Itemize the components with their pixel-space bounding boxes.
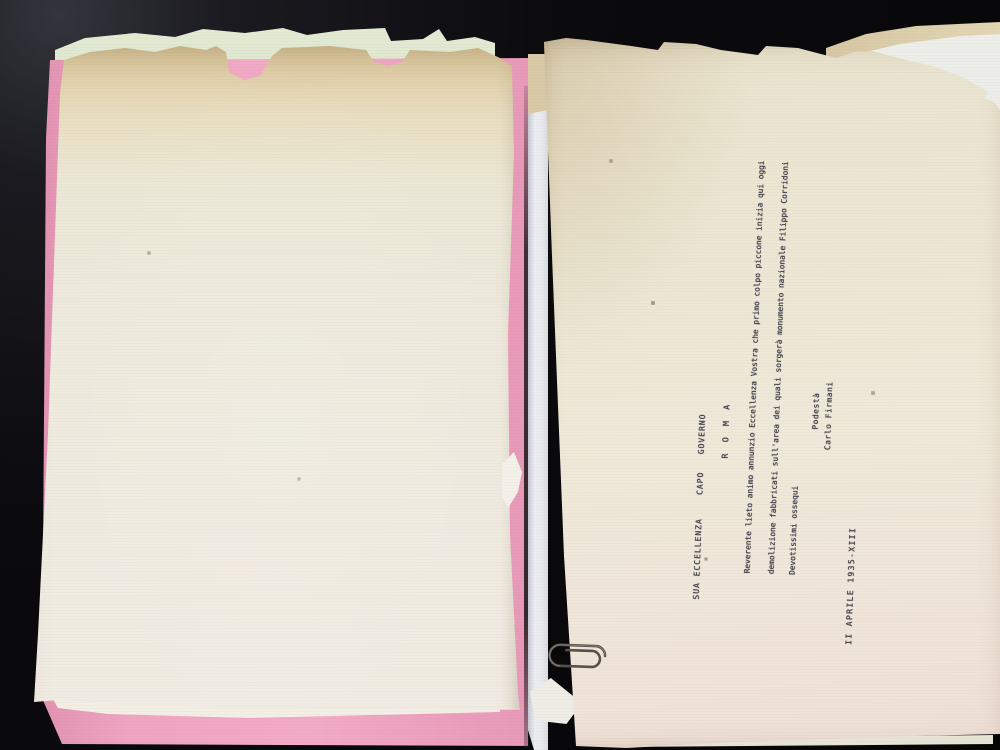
date-line: II APRILE 1935-XIII — [844, 527, 857, 645]
recipient-line: SUA ECCELLENZA CAPO GOVERNO — [692, 413, 707, 599]
paper-specks — [0, 0, 2, 2]
letter-body-line: Reverente lieto animo annunzio Eccellenz… — [743, 160, 766, 573]
photo-stage: SUA ECCELLENZA CAPO GOVERNO R O M A Reve… — [0, 0, 1000, 750]
city-line: R O M A — [720, 401, 732, 458]
paperclip-icon — [543, 640, 614, 674]
signature-name: Carlo Firmani — [823, 381, 834, 450]
signature-title: Podestà — [811, 392, 821, 429]
left-blank-sheet — [30, 34, 522, 716]
letter-body-line: demolizione fabbricati sull'area dei qua… — [767, 161, 790, 574]
letter-body-line: Devotissimi ossequi — [788, 486, 800, 575]
gutter-tan-strip — [528, 54, 547, 114]
